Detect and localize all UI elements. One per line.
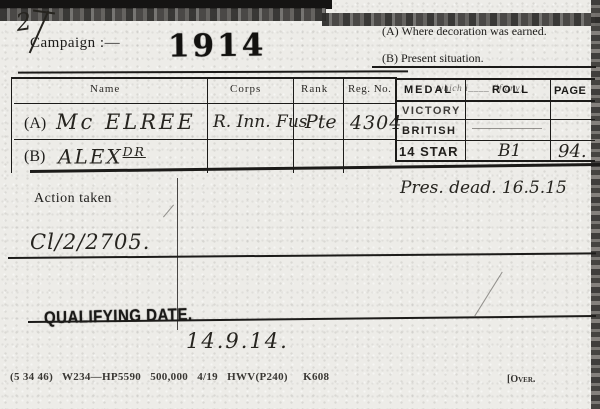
scan-right-edge-strip bbox=[591, 0, 600, 409]
row-b-forename: ALEX bbox=[58, 145, 123, 169]
row-b-prefix: (B) bbox=[24, 148, 45, 166]
col-header-rank: Rank bbox=[301, 83, 328, 95]
main-table-row-a-rule bbox=[14, 139, 397, 140]
legend-note-b: (B) Present situation. bbox=[382, 51, 484, 66]
medal-index-card: 2 Campaign :— 1914 (A) Where decoration … bbox=[0, 0, 600, 409]
campaign-label: Campaign :— bbox=[30, 35, 120, 52]
page-col-header: PAGE bbox=[554, 85, 586, 97]
medal-14star-page: 94. bbox=[558, 141, 587, 162]
row-b-name-abbreviation: DR bbox=[123, 144, 146, 159]
medal-header-overlay-text: which i____ (if any) bbox=[437, 84, 557, 94]
medal-table-top-border bbox=[395, 78, 595, 80]
medal-table-header-rule bbox=[395, 100, 595, 102]
row-a-corps: R. Inn. Fus bbox=[213, 112, 308, 132]
pencil-scratch-small bbox=[163, 205, 174, 218]
qualifying-date-stamp: QUALIFYING DATE. bbox=[44, 305, 193, 328]
legend-underline bbox=[372, 66, 596, 68]
medal-row-victory: VICTORY bbox=[402, 105, 461, 117]
main-table-top-border bbox=[11, 77, 397, 79]
medal-cell-faint-rule bbox=[472, 128, 542, 129]
col-header-regno: Reg. No. bbox=[348, 83, 391, 95]
medal-row-british: BRITISH bbox=[402, 125, 457, 137]
row-a-rank: Pte bbox=[305, 111, 337, 133]
col-header-corps: Corps bbox=[230, 83, 261, 95]
action-reference: Cl/2/2705. bbox=[30, 230, 150, 254]
printer-code: (5 34 46) W234—HP5590 500,000 4/19 HWV(P… bbox=[10, 371, 329, 383]
main-table-header-rule bbox=[14, 103, 397, 104]
medal-row-14star: 14 STAR bbox=[399, 144, 459, 159]
action-taken-label: Action taken bbox=[34, 191, 112, 207]
legend-note-a: (A) Where decoration was earned. bbox=[382, 24, 547, 39]
row-a-name: Mc ELREE bbox=[56, 110, 196, 134]
pencil-scratch bbox=[474, 272, 502, 317]
main-table-divider-corps bbox=[207, 77, 208, 173]
col-header-name: Name bbox=[90, 83, 120, 95]
medal-table-rule-1 bbox=[395, 119, 595, 120]
present-situation-note: Pres. dead. 16.5.15 bbox=[400, 178, 567, 198]
campaign-underline bbox=[18, 70, 408, 73]
row-a-prefix: (A) bbox=[24, 115, 46, 133]
scan-top-band-left bbox=[0, 8, 326, 21]
medal-14star-roll: B1 bbox=[498, 141, 521, 161]
main-table-divider-regno bbox=[343, 77, 344, 173]
qualifying-date-value: 14.9.14. bbox=[186, 329, 289, 353]
over-marker: [Over. bbox=[507, 374, 535, 385]
main-table-left-border bbox=[11, 77, 12, 173]
medal-table-left-border bbox=[395, 78, 397, 162]
campaign-year-stamp: 1914 bbox=[168, 27, 267, 64]
row-b-name: ALEXDR bbox=[58, 144, 146, 169]
